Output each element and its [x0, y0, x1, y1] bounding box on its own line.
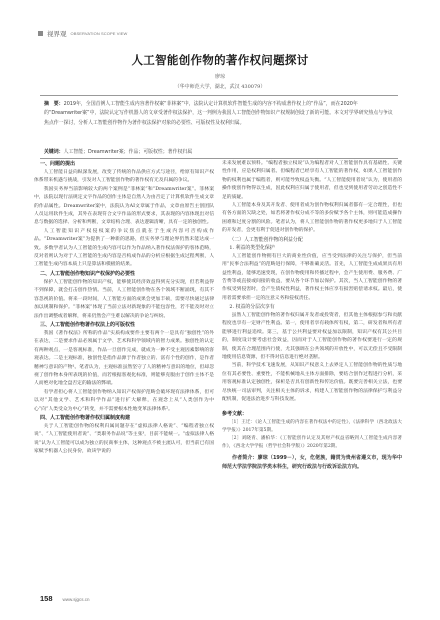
keywords-text: 人工智能；Dreamwriter案；作品；可版权性；著作权归属	[64, 149, 193, 155]
paragraph: 我国实务界当前影响较大的两个案例是“菲林案”和“Dreamwriter案”。菲林…	[34, 186, 214, 228]
abstract-text: 2019年，全国首例人工智能生成内容著作权案“菲林案”中，法院认定计算机软件智能…	[44, 101, 393, 126]
keywords: 关键词：人工智能；Dreamwriter案；作品；可版权性；著作权归属	[44, 148, 394, 155]
section-name-cn: 视界观	[47, 29, 67, 38]
paragraph: 人工智能日益向纵深发展，改变了传统的作品供应方式与途径，给原有知识产权体系带来机…	[34, 169, 214, 186]
subsection-heading: （二）人工智能创作物的利益分配	[222, 236, 402, 245]
right-column: 未来发展难以预料。“编程者独立权说”认为编程者对人工智能创作具有基础性、关键性作…	[222, 160, 402, 472]
article-title: 人工智能创作物的著作权问题探讨	[0, 52, 440, 68]
section-name-en: OBSERVATION SCOPE VIEW	[71, 31, 128, 36]
abstract: 摘 要：2019年，全国首例人工智能生成内容著作权案“菲林案”中，法院认定计算机…	[44, 100, 394, 128]
section-square-icon	[38, 31, 43, 36]
references-title: 参考文献：	[222, 410, 402, 419]
paragraph: 当前，科学技术飞速发展，从知识产权意义上去界定人工智能创作物的性质与地位有其必要…	[222, 362, 402, 404]
section-heading-2: 二、人工智能创作物知识产权保护的必要性	[34, 270, 214, 279]
paragraph: 人工智能本身及其开发者、使用者成为创作物权利归属者都有一定合理性，但也有各方面的…	[222, 202, 402, 236]
subsection-heading: 1. 利益的类型化保护	[222, 244, 402, 253]
reference-item: ［1］王迁：《论人工智能生成的内容在著作权法中的定性》，《法律科学（西北政法大学…	[222, 419, 402, 435]
left-column: 一、问题的提出 人工智能日益向纵深发展，改变了传统的作品供应方式与途径，给原有知…	[34, 160, 214, 457]
paragraph: 有学者担心将人工智能创作物纳入知识产权保护范畴会破坏现有法律体系，但可以对“其他…	[34, 389, 214, 414]
author-bio: 作者简介：廖琼（1999－），女，仡佬族，籍贯为贵州省遵义市，现为华中师范大学法…	[222, 454, 402, 471]
paragraph: 保护人工智能创作物的知识产权，能够使其经济效益得到充分实现，但若利益得不到保障，…	[34, 279, 214, 321]
paragraph: 我国《著作权法》所称的作品“实质构成要件主要有两个一是具有“独创性”的外在表达，…	[34, 330, 214, 389]
abstract-divider	[40, 158, 398, 159]
paragraph: 人工智能创作物拥有巨大的商业性价值，应当受到法律的关注与保护，但当前用“民事合法…	[222, 253, 402, 303]
paragraph: 未来发展难以预料。“编程者独立权说”认为编程者对人工智能创作具有基础性、关键性作…	[222, 160, 402, 202]
section-heading-1: 一、问题的提出	[34, 160, 214, 169]
article-author: 廖琼	[0, 73, 440, 80]
reference-item: ［2］刘晓青、潘柏华：《工智能创作认定及其财产权益省略到人工智能生成内容著作》，…	[222, 435, 402, 451]
subsection-heading: 2. 权益的分层次享有	[222, 303, 402, 312]
paragraph: 关于人工智能创作物的权利归属问题存在“虚拟法律人格说”、“编程者独立权说”、“人…	[34, 423, 214, 457]
keywords-label: 关键词：	[44, 149, 64, 155]
section-header: 视界观 OBSERVATION SCOPE VIEW	[38, 29, 127, 38]
top-divider	[40, 95, 398, 96]
website-link[interactable]: www.sjgcs.cn	[63, 597, 90, 602]
abstract-label: 摘 要：	[44, 101, 64, 107]
section-heading-4: 四、人工智能创作物著作权归属制度构建	[34, 414, 214, 423]
section-heading-3: 三、人工智能创作物著作权法上的可版权性	[34, 321, 214, 330]
article-affiliation: （华中师范大学，湖北，武汉 430079）	[0, 83, 440, 90]
paragraph: 人工智能知识产权侵权案的争议焦点就在于生成内容可否构成作品。“Dreamwrit…	[34, 228, 214, 270]
page-footer: 158 www.sjgcs.cn	[40, 594, 90, 603]
page-number: 158	[40, 594, 53, 603]
paragraph: 虽然人工智能创作物的著作权归属开发者或投资者，但其他主体根据参与和贡献程度也享有…	[222, 312, 402, 362]
